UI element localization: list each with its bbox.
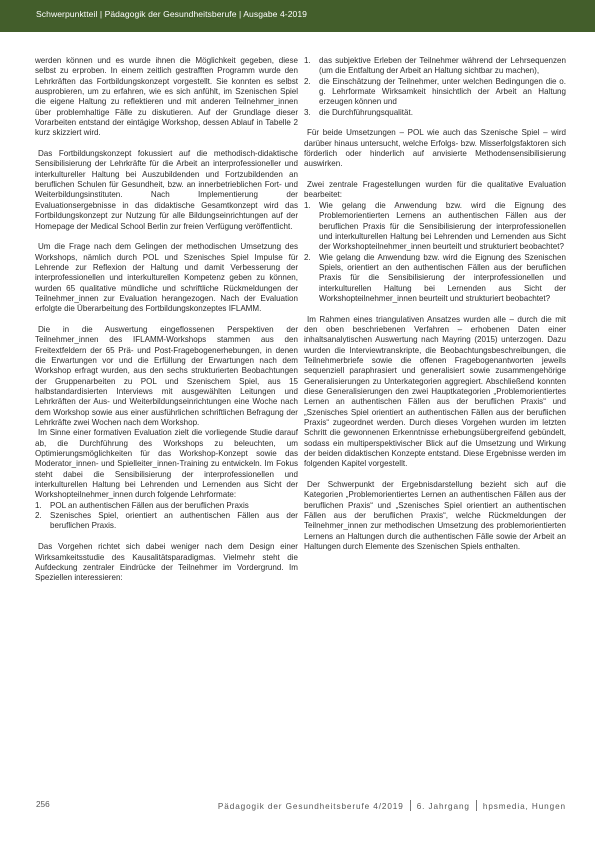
list-number: 1. xyxy=(304,56,311,66)
divider xyxy=(410,800,411,811)
list-text: das subjektive Erleben der Teilnehmer wä… xyxy=(319,56,566,75)
list-text: Wie gelang die Anwendung bzw. wird die E… xyxy=(319,201,566,251)
paragraph: werden können und es wurde ihnen die Mög… xyxy=(35,56,298,139)
paragraph: Das Fortbildungskonzept fokussiert auf d… xyxy=(35,149,298,232)
paragraph: Im Sinne einer formativen Evaluation zie… xyxy=(35,428,298,500)
list-number: 2. xyxy=(35,511,42,521)
numbered-list: 1.das subjektive Erleben der Teilnehmer … xyxy=(304,56,566,118)
list-number: 2. xyxy=(304,77,311,87)
paragraph: Der Schwerpunkt der Ergebnisdarstellung … xyxy=(304,480,566,552)
paragraph: Die in die Auswertung eingeflossenen Per… xyxy=(35,325,298,428)
numbered-list: 1.Wie gelang die Anwendung bzw. wird die… xyxy=(304,201,566,304)
list-number: 3. xyxy=(304,108,311,118)
publisher: hpsmedia, Hungen xyxy=(483,802,566,811)
numbered-list: 1.POL an authentischen Fällen aus der be… xyxy=(35,501,298,532)
list-text: die Einschätzung der Teilnehmer, unter w… xyxy=(319,77,566,107)
list-item: 2.Wie gelang die Anwendung bzw. wird die… xyxy=(304,253,566,305)
journal-title: Pädagogik der Gesundheitsberufe 4/2019 xyxy=(218,802,404,811)
list-item: 2.die Einschätzung der Teilnehmer, unter… xyxy=(304,77,566,108)
list-item: 3.die Durchführungsqualität. xyxy=(304,108,566,118)
journal-info: Pädagogik der Gesundheitsberufe 4/20196.… xyxy=(218,800,566,811)
paragraph: Zwei zentrale Fragestellungen wurden für… xyxy=(304,180,566,201)
running-title: Schwerpunktteil | Pädagogik der Gesundhe… xyxy=(36,9,307,19)
paragraph: Das Vorgehen richtet sich dabei weniger … xyxy=(35,542,298,583)
paragraph: Für beide Umsetzungen – POL wie auch das… xyxy=(304,128,566,169)
list-item: 2.Szenisches Spiel, orientiert an authen… xyxy=(35,511,298,532)
page-number: 256 xyxy=(36,800,50,809)
list-number: 1. xyxy=(35,501,42,511)
list-text: POL an authentischen Fällen aus der beru… xyxy=(50,501,249,510)
divider xyxy=(476,800,477,811)
journal-volume: 6. Jahrgang xyxy=(417,802,470,811)
paragraph: Um die Frage nach dem Gelingen der metho… xyxy=(35,242,298,314)
page-footer: 256 Pädagogik der Gesundheitsberufe 4/20… xyxy=(36,800,566,814)
list-text: Szenisches Spiel, orientiert an authenti… xyxy=(50,511,298,530)
list-number: 2. xyxy=(304,253,311,263)
list-item: 1.Wie gelang die Anwendung bzw. wird die… xyxy=(304,201,566,253)
left-column: werden können und es wurde ihnen die Mög… xyxy=(35,56,298,594)
list-text: Wie gelang die Anwendung bzw. wird die E… xyxy=(319,253,566,303)
list-item: 1.das subjektive Erleben der Teilnehmer … xyxy=(304,56,566,77)
list-item: 1.POL an authentischen Fällen aus der be… xyxy=(35,501,298,511)
running-header: Schwerpunktteil | Pädagogik der Gesundhe… xyxy=(0,0,595,32)
paragraph: Im Rahmen eines triangulativen Ansatzes … xyxy=(304,315,566,470)
list-text: die Durchführungsqualität. xyxy=(319,108,413,117)
right-column: 1.das subjektive Erleben der Teilnehmer … xyxy=(304,56,566,563)
list-number: 1. xyxy=(304,201,311,211)
